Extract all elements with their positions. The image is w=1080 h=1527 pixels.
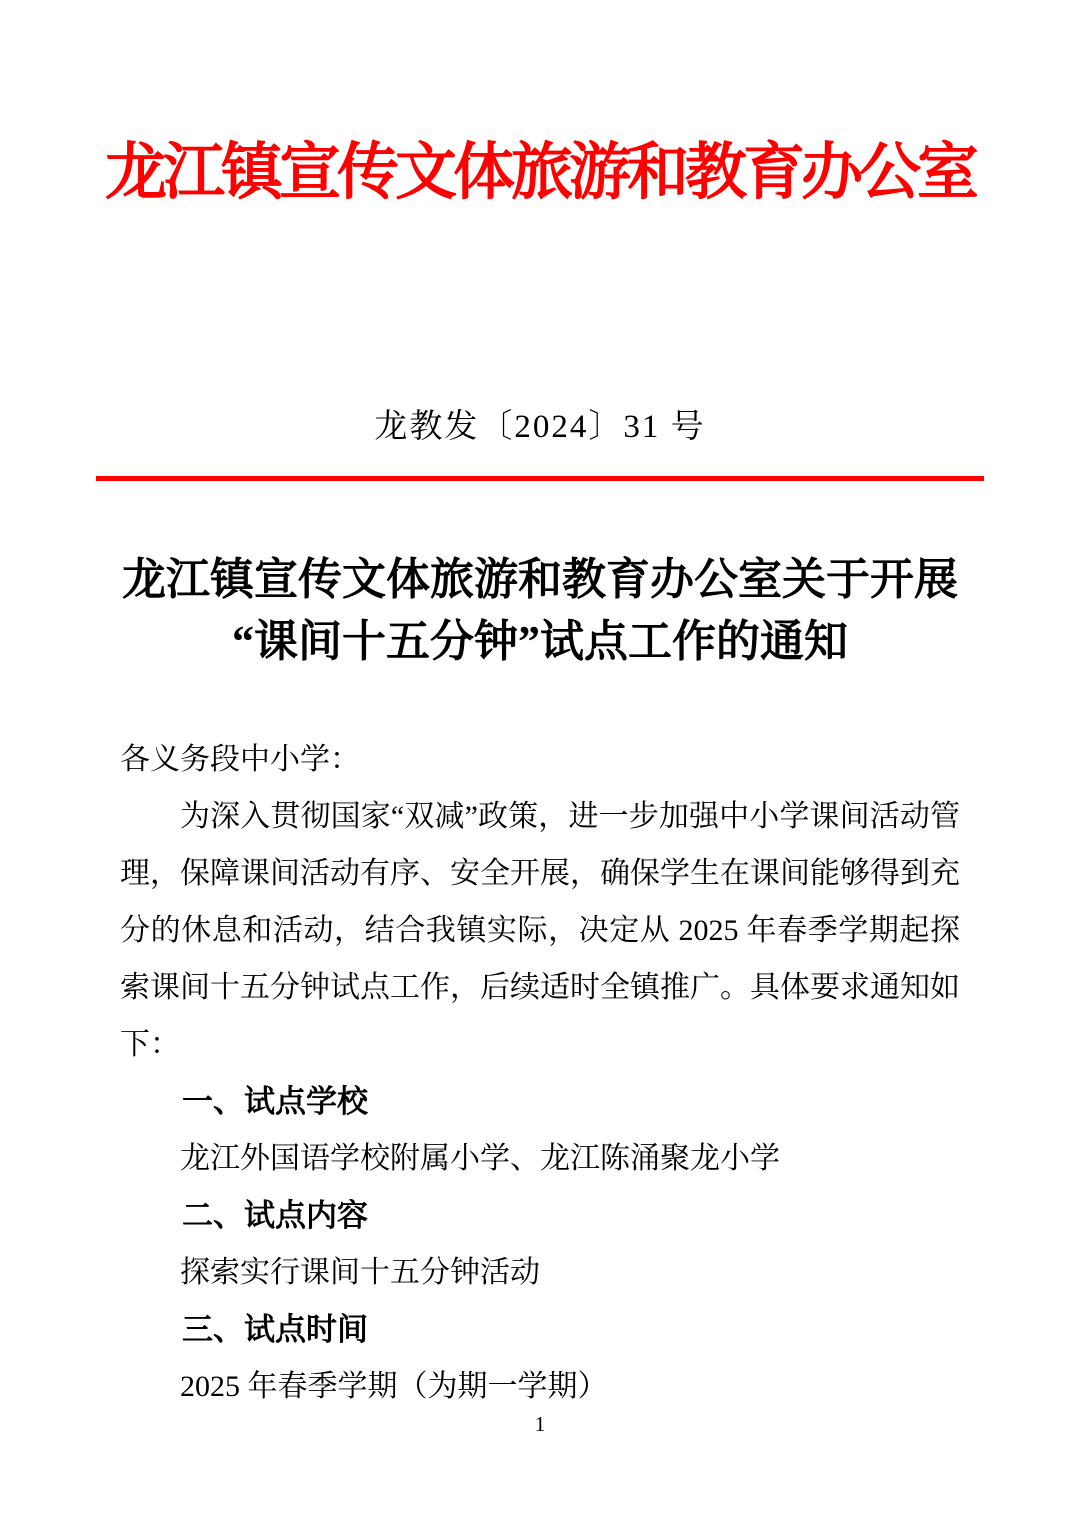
section-3-heading: 三、试点时间 [120,1301,960,1358]
section-1-heading: 一、试点学校 [120,1073,960,1130]
notice-title-line-2: “课间十五分钟”试点工作的通知 [0,611,1080,673]
salutation: 各义务段中小学： [120,731,960,788]
section-3-content: 2025 年春季学期（为期一学期） [120,1358,960,1415]
document-page: 龙江镇宣传文体旅游和教育办公室 龙教发〔2024〕31 号 龙江镇宣传文体旅游和… [0,0,1080,1527]
section-1-content: 龙江外国语学校附属小学、龙江陈涌聚龙小学 [120,1130,960,1187]
notice-body: 各义务段中小学： 为深入贯彻国家“双减”政策，进一步加强中小学课间活动管理，保障… [120,731,960,1415]
notice-title: 龙江镇宣传文体旅游和教育办公室关于开展 “课间十五分钟”试点工作的通知 [0,549,1080,673]
intro-paragraph: 为深入贯彻国家“双减”政策，进一步加强中小学课间活动管理，保障课间活动有序、安全… [120,788,960,1073]
section-2-content: 探索实行课间十五分钟活动 [120,1244,960,1301]
page-number: 1 [0,1412,1080,1436]
section-2-heading: 二、试点内容 [120,1187,960,1244]
doc-number: 龙教发〔2024〕31 号 [0,406,1080,448]
red-divider-rule [96,476,984,481]
notice-title-line-1: 龙江镇宣传文体旅游和教育办公室关于开展 [0,549,1080,611]
letterhead-title: 龙江镇宣传文体旅游和教育办公室 [0,0,1080,210]
